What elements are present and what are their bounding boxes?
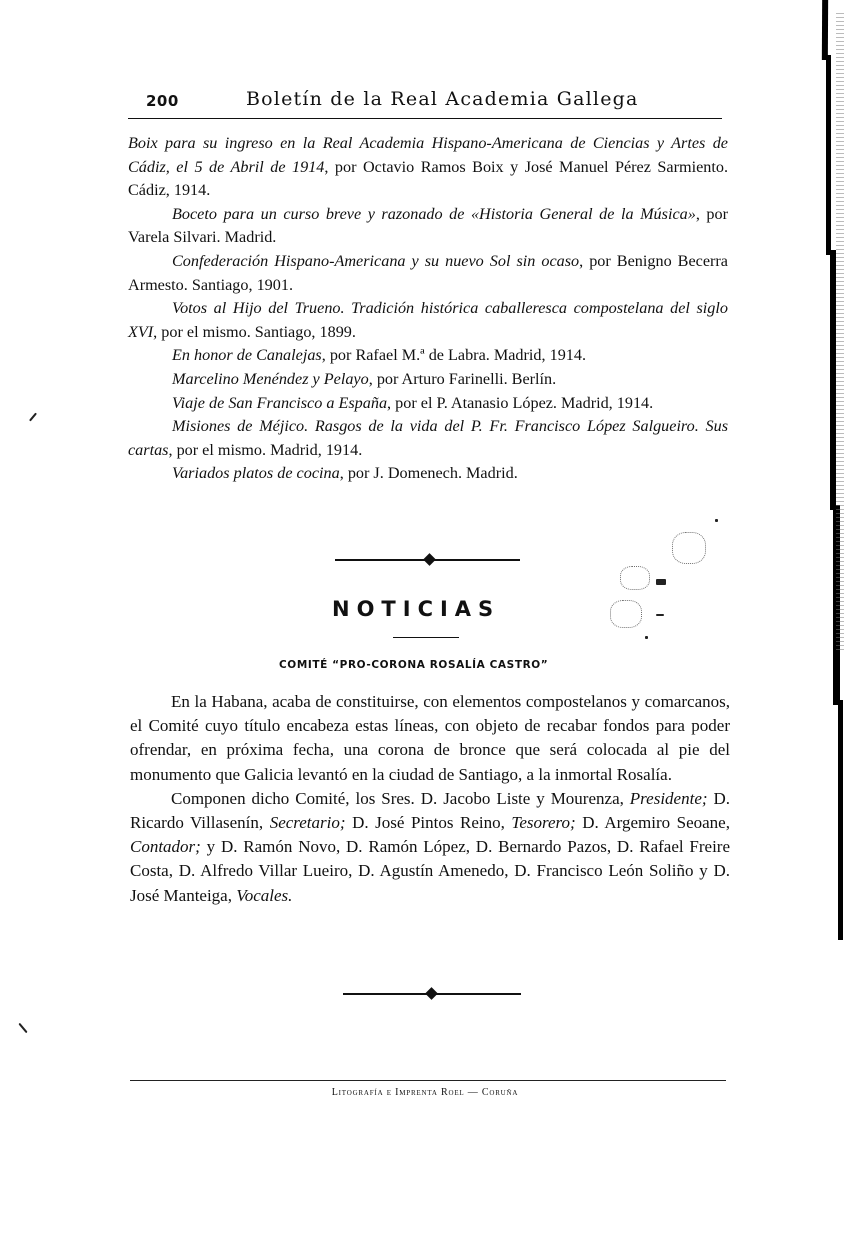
scan-edge [838, 700, 843, 940]
bibliography-list: Boix para su ingreso en la Real Academia… [128, 132, 728, 486]
scan-speck [656, 579, 666, 585]
entry-details: , por el P. Atanasio López. Madrid, 1914… [387, 394, 653, 412]
scan-speck [645, 636, 648, 639]
scan-speck [715, 519, 718, 522]
section-rule [393, 637, 459, 638]
bibliography-entry: Boix para su ingreso en la Real Academia… [128, 132, 728, 203]
footer-rule [130, 1080, 726, 1081]
ornamental-divider [343, 989, 521, 999]
text-run: y D. Ramón Novo, D. Ramón López, D. Bern… [130, 837, 730, 904]
entry-title: Confederación Hispano-Americana y su nue… [172, 252, 579, 270]
entry-title: Boceto para un curso breve y razonado de… [172, 205, 696, 223]
scan-speck [18, 1023, 27, 1033]
scan-stain [610, 600, 642, 628]
entry-details: , por J. Domenech. Madrid. [340, 464, 518, 482]
role-label: Vocales. [236, 886, 292, 905]
scan-edge-noise [836, 10, 844, 650]
scan-edge [822, 0, 828, 60]
entry-title: Viaje de San Francisco a España [172, 394, 387, 412]
text-run: D. Argemiro Seoane, [576, 813, 730, 832]
entry-details: , por Rafael M.ª de Labra. Madrid, 1914. [322, 346, 586, 364]
bibliography-entry: Confederación Hispano-Americana y su nue… [128, 250, 728, 297]
running-title: Boletín de la Real Academia Gallega [246, 88, 639, 110]
entry-title: Marcelino Menéndez y Pelayo [172, 370, 369, 388]
text-run: Componen dicho Comité, los Sres. D. Jaco… [171, 789, 630, 808]
diamond-ornament-icon [425, 987, 438, 1000]
role-label: Contador; [130, 837, 201, 856]
entry-title: En honor de Canalejas [172, 346, 322, 364]
scan-speck [656, 614, 664, 616]
notice-paragraph: Componen dicho Comité, los Sres. D. Jaco… [130, 787, 730, 908]
page-number: 200 [146, 92, 179, 110]
bibliography-entry: Viaje de San Francisco a España, por el … [128, 392, 728, 416]
bibliography-entry: Boceto para un curso breve y razonado de… [128, 203, 728, 250]
bibliography-entry: Misiones de Méjico. Rasgos de la vida de… [128, 415, 728, 462]
scan-speck [29, 413, 37, 422]
ornamental-divider [335, 555, 520, 565]
bibliography-entry: Variados platos de cocina, por J. Domene… [128, 462, 728, 486]
diamond-ornament-icon [423, 553, 436, 566]
scan-stain [620, 566, 650, 590]
scan-edge [826, 55, 831, 255]
role-label: Presidente; [630, 789, 708, 808]
notice-body: En la Habana, acaba de constituirse, con… [130, 690, 730, 908]
entry-details: , por el mismo. Madrid, 1914. [168, 441, 362, 459]
scanned-page: 200 Boletín de la Real Academia Gallega … [0, 0, 850, 1251]
page-header: 200 Boletín de la Real Academia Gallega [146, 88, 720, 118]
section-subheading: COMITÉ “PRO-CORONA ROSALÍA CASTRO” [279, 659, 548, 671]
entry-details: , por Arturo Farinelli. Berlín. [369, 370, 556, 388]
entry-title: Variados platos de cocina [172, 464, 340, 482]
section-title: NOTICIAS [332, 597, 500, 621]
role-label: Secretario; [270, 813, 346, 832]
printer-imprint: Litografía e Imprenta Roel — Coruña [0, 1087, 850, 1098]
notice-paragraph: En la Habana, acaba de constituirse, con… [130, 690, 730, 787]
scan-stain [672, 532, 706, 564]
bibliography-entry: Votos al Hijo del Trueno. Tradición hist… [128, 297, 728, 344]
bibliography-entry: En honor de Canalejas, por Rafael M.ª de… [128, 344, 728, 368]
header-rule [128, 118, 722, 119]
role-label: Tesorero; [511, 813, 575, 832]
bibliography-entry: Marcelino Menéndez y Pelayo, por Arturo … [128, 368, 728, 392]
entry-details: , por el mismo. Santiago, 1899. [153, 323, 356, 341]
text-run: D. José Pintos Reino, [346, 813, 512, 832]
